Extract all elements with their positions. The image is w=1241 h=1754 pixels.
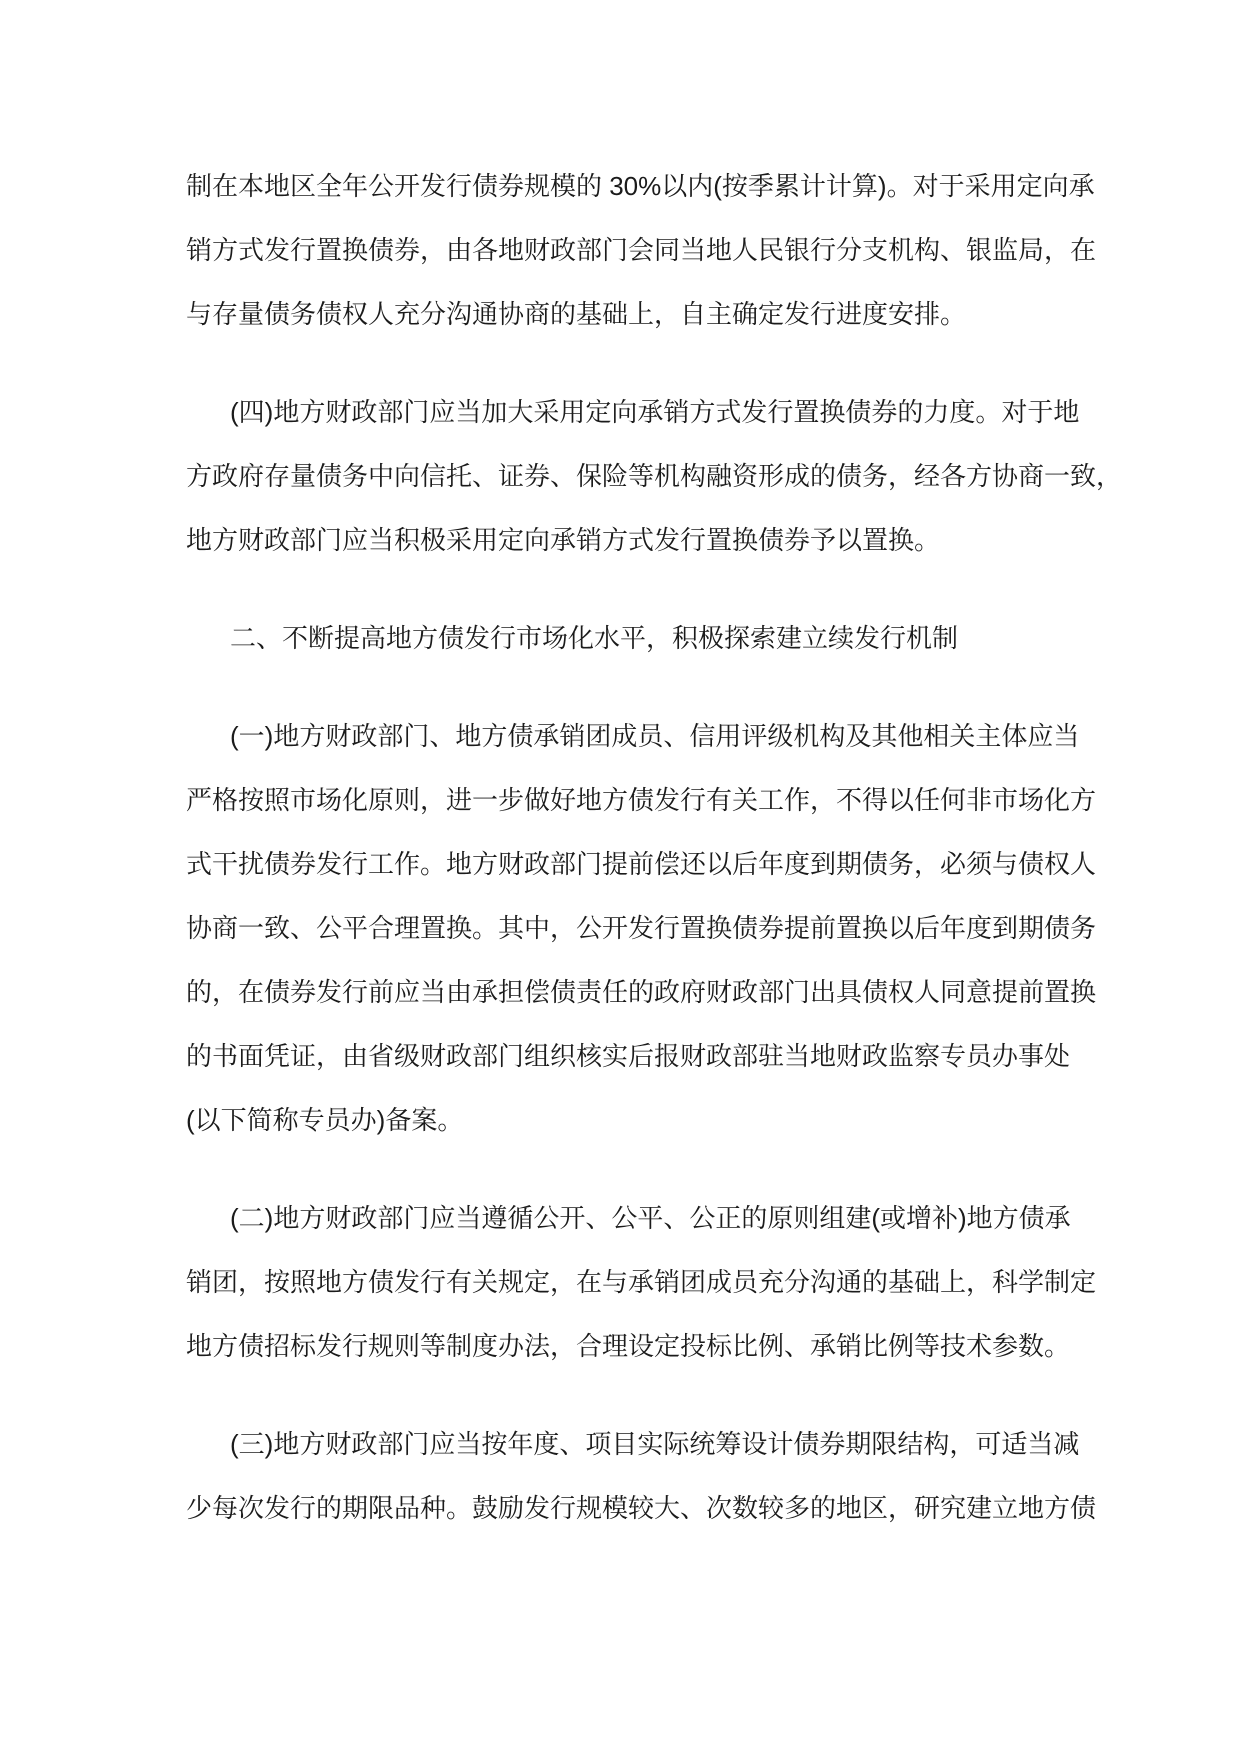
paragraph-item-2: (二)地方财政部门应当遵循公开、公平、公正的原则组建(或增补)地方债承 销团，按… bbox=[186, 1186, 1060, 1378]
text-line: (以下简称专员办)备案。 bbox=[186, 1088, 1060, 1152]
text-line: 地方财政部门应当积极采用定向承销方式发行置换债券予以置换。 bbox=[186, 508, 1060, 572]
text-line: 严格按照市场化原则，进一步做好地方债发行有关工作，不得以任何非市场化方 bbox=[186, 768, 1060, 832]
paragraph-item-1: (一)地方财政部门、地方债承销团成员、信用评级机构及其他相关主体应当 严格按照市… bbox=[186, 704, 1060, 1152]
paragraph-item-4: (四)地方财政部门应当加大采用定向承销方式发行置换债券的力度。对于地 方政府存量… bbox=[186, 380, 1060, 572]
heading-line: 二、不断提高地方债发行市场化水平，积极探索建立续发行机制 bbox=[186, 606, 1060, 670]
text-line: 的，在债券发行前应当由承担偿债责任的政府财政部门出具债权人同意提前置换 bbox=[186, 960, 1060, 1024]
text-line: (三)地方财政部门应当按年度、项目实际统筹设计债券期限结构，可适当减 bbox=[186, 1412, 1060, 1476]
paragraph-continued: 制在本地区全年公开发行债券规模的 30%以内(按季累计计算)。对于采用定向承 销… bbox=[186, 154, 1060, 346]
text-line: 的书面凭证，由省级财政部门组织核实后报财政部驻当地财政监察专员办事处 bbox=[186, 1024, 1060, 1088]
paragraph-item-3: (三)地方财政部门应当按年度、项目实际统筹设计债券期限结构，可适当减 少每次发行… bbox=[186, 1412, 1060, 1540]
text-line: (一)地方财政部门、地方债承销团成员、信用评级机构及其他相关主体应当 bbox=[186, 704, 1060, 768]
text-line: 销方式发行置换债券，由各地财政部门会同当地人民银行分支机构、银监局，在 bbox=[186, 218, 1060, 282]
text-line: 与存量债务债权人充分沟通协商的基础上，自主确定发行进度安排。 bbox=[186, 282, 1060, 346]
text-line: 少每次发行的期限品种。鼓励发行规模较大、次数较多的地区，研究建立地方债 bbox=[186, 1476, 1060, 1540]
text-line: (四)地方财政部门应当加大采用定向承销方式发行置换债券的力度。对于地 bbox=[186, 380, 1060, 444]
text-line: 协商一致、公平合理置换。其中，公开发行置换债券提前置换以后年度到期债务 bbox=[186, 896, 1060, 960]
document-page: 制在本地区全年公开发行债券规模的 30%以内(按季累计计算)。对于采用定向承 销… bbox=[0, 0, 1241, 1754]
text-line: 制在本地区全年公开发行债券规模的 30%以内(按季累计计算)。对于采用定向承 bbox=[186, 154, 1060, 218]
text-line: 地方债招标发行规则等制度办法，合理设定投标比例、承销比例等技术参数。 bbox=[186, 1314, 1060, 1378]
text-line: 式干扰债券发行工作。地方财政部门提前偿还以后年度到期债务，必须与债权人 bbox=[186, 832, 1060, 896]
text-line: 销团，按照地方债发行有关规定，在与承销团成员充分沟通的基础上，科学制定 bbox=[186, 1250, 1060, 1314]
text-line: 方政府存量债务中向信托、证券、保险等机构融资形成的债务，经各方协商一致， bbox=[186, 444, 1060, 508]
text-line: (二)地方财政部门应当遵循公开、公平、公正的原则组建(或增补)地方债承 bbox=[186, 1186, 1060, 1250]
section-heading: 二、不断提高地方债发行市场化水平，积极探索建立续发行机制 bbox=[186, 606, 1060, 670]
